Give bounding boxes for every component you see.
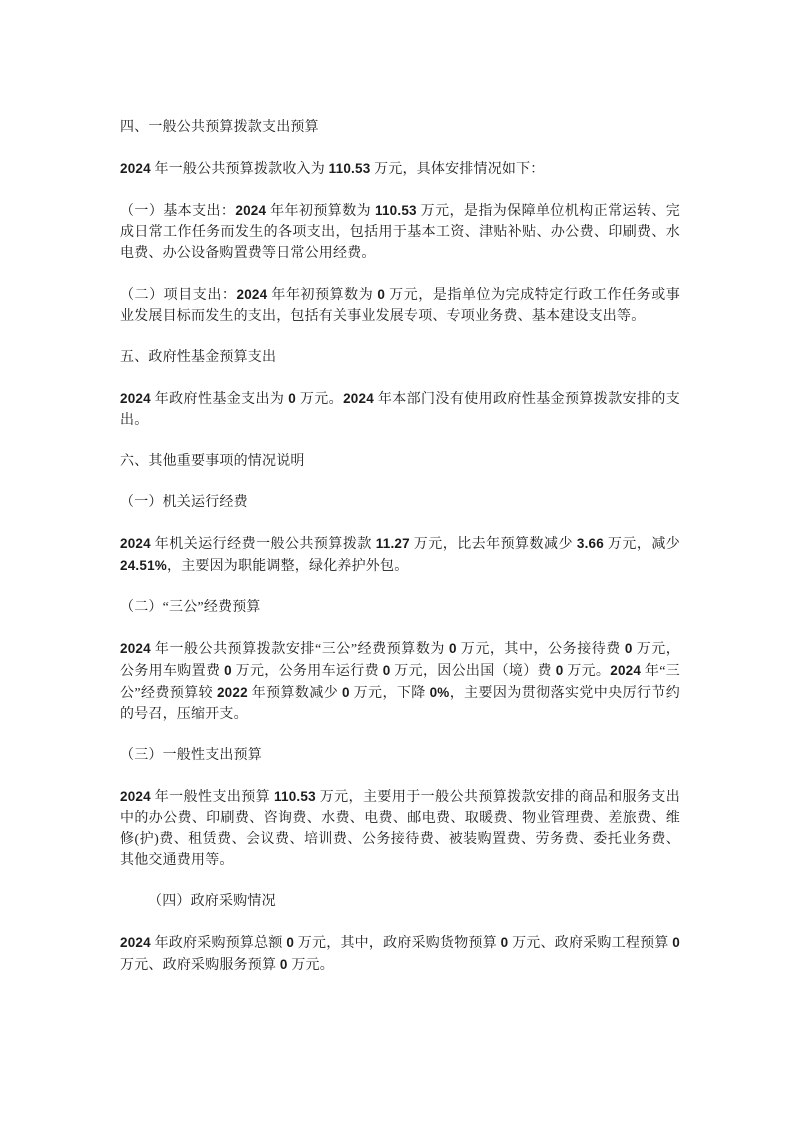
numeric-value: 0	[342, 685, 350, 700]
numeric-value: 0	[286, 935, 294, 950]
numeric-value: 2024	[120, 161, 151, 176]
numeric-value: 0	[625, 641, 633, 656]
numeric-value: 2024	[120, 391, 151, 406]
numeric-value: 2024	[120, 789, 151, 804]
numeric-value: 11.27	[376, 536, 410, 551]
numeric-value: 0	[280, 957, 288, 972]
numeric-value: 24.51%	[120, 558, 167, 573]
numeric-value: 110.53	[375, 203, 417, 218]
numeric-value: 2024	[610, 663, 641, 678]
section-heading-6: 六、其他重要事项的情况说明	[120, 451, 680, 472]
numeric-value: 2022	[217, 685, 248, 700]
subsection-heading-6-4: （四）政府采购情况	[120, 891, 680, 912]
subsection-heading-6-1: （一）机关运行经费	[120, 492, 680, 513]
paragraph-three-public-expenses: 2024 年一般公共预算拨款安排“三公”经费预算数为 0 万元，其中，公务接待费…	[120, 638, 680, 725]
document-page: 四、一般公共预算拨款支出预算2024 年一般公共预算拨款收入为 110.53 万…	[0, 0, 793, 1122]
paragraph-government-procurement: 2024 年政府采购预算总额 0 万元，其中，政府采购货物预算 0 万元、政府采…	[120, 932, 680, 976]
numeric-value: 3.66	[577, 536, 604, 551]
paragraph-agency-operating-funds: 2024 年机关运行经费一般公共预算拨款 11.27 万元，比去年预算数减少 3…	[120, 533, 680, 577]
numeric-value: 0	[377, 287, 385, 302]
numeric-value: 0	[224, 663, 232, 678]
numeric-value: 110.53	[274, 789, 316, 804]
numeric-value: 2024	[235, 203, 266, 218]
document-body: 四、一般公共预算拨款支出预算2024 年一般公共预算拨款收入为 110.53 万…	[120, 117, 680, 996]
paragraph-government-fund: 2024 年政府性基金支出为 0 万元。2024 年本部门没有使用政府性基金预算…	[120, 388, 680, 431]
numeric-value: 0%	[430, 685, 450, 700]
numeric-value: 2024	[236, 287, 267, 302]
numeric-value: 0	[672, 935, 680, 950]
numeric-value: 0	[556, 663, 564, 678]
numeric-value: 2024	[120, 536, 151, 551]
paragraph-basic-expenditure: （一）基本支出：2024 年年初预算数为 110.53 万元，是指为保障单位机构…	[120, 200, 680, 264]
numeric-value: 0	[288, 391, 296, 406]
section-heading-5: 五、政府性基金预算支出	[120, 347, 680, 368]
numeric-value: 2024	[120, 935, 151, 950]
numeric-value: 2024	[343, 391, 374, 406]
section-heading-4: 四、一般公共预算拨款支出预算	[120, 117, 680, 138]
subsection-heading-6-3: （三）一般性支出预算	[120, 745, 680, 766]
numeric-value: 0	[449, 641, 457, 656]
subsection-heading-6-2: （二）“三公”经费预算	[120, 597, 680, 618]
paragraph-budget-income-summary: 2024 年一般公共预算拨款收入为 110.53 万元，具体安排情况如下：	[120, 158, 680, 180]
numeric-value: 2024	[120, 641, 151, 656]
numeric-value: 0	[383, 663, 391, 678]
numeric-value: 0	[501, 935, 509, 950]
paragraph-project-expenditure: （二）项目支出：2024 年年初预算数为 0 万元，是指单位为完成特定行政工作任…	[120, 284, 680, 327]
paragraph-general-expenditure-budget: 2024 年一般性支出预算 110.53 万元，主要用于一般公共预算拨款安排的商…	[120, 786, 680, 871]
numeric-value: 110.53	[329, 161, 371, 176]
